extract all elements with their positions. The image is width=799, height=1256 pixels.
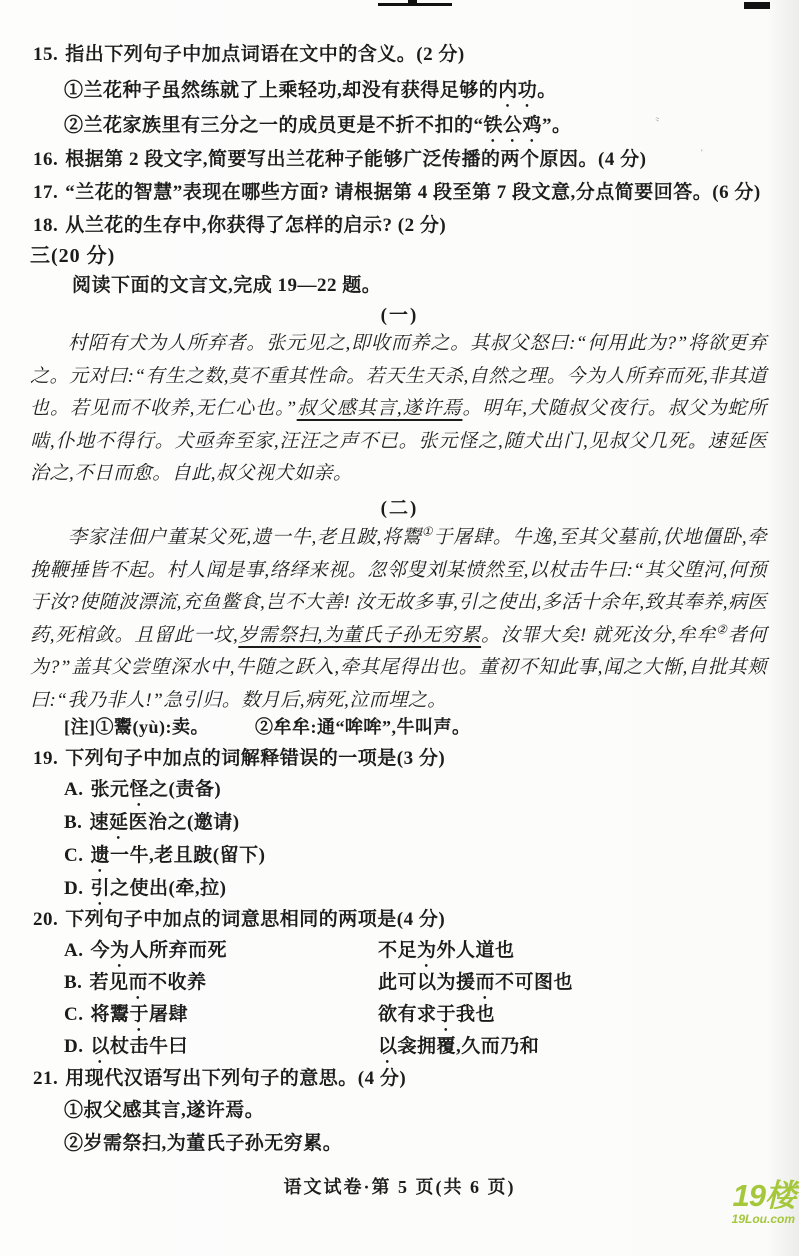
note-item-2: ②牟牟:通“哞哞”,牛叫声。 xyxy=(255,717,471,737)
question-16-number: 16. xyxy=(33,149,58,170)
question-15-stem: 15.指出下列句子中加点词语在文中的含义。(2 分) xyxy=(33,42,759,67)
question-16-stem: 16.根据第 2 段文字,简要写出兰花种子能够广泛传播的两个原因。(4 分) xyxy=(33,147,759,172)
option-b-label: B. xyxy=(64,812,82,833)
question-17-number: 17. xyxy=(33,182,58,203)
question-20-number: 20. xyxy=(33,909,58,930)
option-d-left-text: 以杖击牛曰 xyxy=(90,1036,188,1057)
option-a-label: A. xyxy=(64,940,83,961)
option-a-right-text: 不足为外人道也 xyxy=(378,938,515,972)
option-c-text: 遗一牛,老且跛(留下) xyxy=(90,845,265,866)
page-footer: 语文试卷·第 5 页(共 6 页) xyxy=(0,1173,799,1199)
section-3-intro: 阅读下面的文言文,完成 19—22 题。 xyxy=(72,270,381,297)
question-19-option-a: A.张元怪之(责备) xyxy=(64,777,221,811)
question-17-text: “兰花的智慧”表现在哪些方面? 请根据第 4 段至第 7 段文意,分点简要回答。… xyxy=(65,182,760,203)
option-b-label: B. xyxy=(64,972,82,993)
passage-2-heading: (二) xyxy=(0,493,799,520)
question-15-text: 指出下列句子中加点词语在文中的含义。(2 分) xyxy=(65,44,464,65)
option-d-left: D.以杖击牛曰 xyxy=(64,1034,378,1068)
question-19-option-b: B.速延医治之(邀请) xyxy=(64,810,240,844)
option-a-text: 张元怪之(责备) xyxy=(90,779,221,800)
question-21-text: 用现代汉语写出下列句子的意思。(4 分) xyxy=(65,1068,406,1089)
option-a-left-text: 今为人所弃而死 xyxy=(90,940,227,961)
question-15-number: 15. xyxy=(33,44,58,65)
scan-artifact: ῾ xyxy=(700,148,704,160)
scan-mark-top-center-tick xyxy=(408,0,417,3)
question-18-number: 18. xyxy=(33,215,58,236)
option-d-label: D. xyxy=(64,1036,83,1057)
question-20-option-a: A.今为人所弃而死 不足为外人道也 xyxy=(64,938,515,972)
option-c-left-text: 将鬻于屠肆 xyxy=(90,1004,188,1025)
question-18-text: 从兰花的生存中,你获得了怎样的启示? (2 分) xyxy=(65,215,446,236)
question-21-item-1: ①叔父感其言,遂许焉。 xyxy=(64,1098,759,1123)
question-21-item-2: ②岁需祭扫,为董氏子孙无穷累。 xyxy=(64,1131,759,1156)
watermark-domain: 19Lou.com xyxy=(685,1213,795,1225)
question-19-stem: 19.下列句子中加点的词解释错误的一项是(3 分) xyxy=(33,746,759,771)
passage-1-heading: (一) xyxy=(0,300,799,327)
question-19-number: 19. xyxy=(33,748,58,769)
site-watermark: 19楼 19Lou.com xyxy=(685,1180,795,1225)
option-a-label: A. xyxy=(64,779,83,800)
question-16-text: 根据第 2 段文字,简要写出兰花种子能够广泛传播的两个原因。(4 分) xyxy=(65,149,646,170)
option-b-right-text: 此可以为援而不可图也 xyxy=(378,970,573,1004)
question-20-text: 下列句子中加点的词意思相同的两项是(4 分) xyxy=(65,909,445,930)
option-c-label: C. xyxy=(64,845,83,866)
question-21-number: 21. xyxy=(33,1068,58,1089)
question-15-item-1: ①兰花种子虽然练就了上乘轻功,却没有获得足够的内功。 xyxy=(64,78,759,112)
exam-page-scan: 15.指出下列句子中加点词语在文中的含义。(2 分) ①兰花种子虽然练就了上乘轻… xyxy=(0,0,799,1256)
scan-artifact: 〟 xyxy=(655,108,666,124)
passage-note: [注]①鬻(yù):卖。②牟牟:通“哞哞”,牛叫声。 xyxy=(64,713,470,739)
option-b-text: 速延医治之(邀请) xyxy=(89,812,239,833)
option-d-right-text: 以衾拥覆,久而乃和 xyxy=(378,1034,539,1068)
scan-artifact: ⁿ xyxy=(690,440,693,452)
question-19-option-c: C.遗一牛,老且跛(留下) xyxy=(64,843,265,877)
question-19-text: 下列句子中加点的词解释错误的一项是(3 分) xyxy=(65,748,445,769)
option-b-left-text: 若见而不收养 xyxy=(89,972,206,993)
scan-mark-top-right xyxy=(744,2,770,9)
option-d-label: D. xyxy=(64,878,83,899)
option-d-text: 引之使出(牵,拉) xyxy=(90,878,226,899)
option-b-left: B.若见而不收养 xyxy=(64,970,378,1004)
option-c-right-text: 欲有求于我也 xyxy=(378,1002,495,1036)
section-3-heading: 三(20 分) xyxy=(30,239,115,268)
scan-mark-top-center xyxy=(378,3,452,6)
question-18-stem: 18.从兰花的生存中,你获得了怎样的启示? (2 分) xyxy=(33,213,759,238)
option-c-left: C.将鬻于屠肆 xyxy=(64,1002,378,1036)
passage-1-text: 村陌有犬为人所弃者。张元见之,即收而养之。其叔父怒曰:“何用此为?”将欲更弃之。… xyxy=(30,328,767,491)
question-21-stem: 21.用现代汉语写出下列句子的意思。(4 分) xyxy=(33,1066,759,1091)
note-item-1: [注]①鬻(yù):卖。 xyxy=(64,717,209,737)
question-20-option-b: B.若见而不收养 此可以为援而不可图也 xyxy=(64,970,573,1004)
passage-2-text: 李家洼佃户董某父死,遗一牛,老且跛,将鬻①于屠肆。牛逸,至其父墓前,伏地僵卧,牵… xyxy=(30,522,767,717)
question-20-option-c: C.将鬻于屠肆 欲有求于我也 xyxy=(64,1002,495,1036)
option-a-left: A.今为人所弃而死 xyxy=(64,938,378,972)
question-17-stem: 17.“兰花的智慧”表现在哪些方面? 请根据第 4 段至第 7 段文意,分点简要… xyxy=(33,180,759,205)
option-c-label: C. xyxy=(64,1004,83,1025)
watermark-logo-19lou: 19楼 xyxy=(685,1180,795,1211)
question-20-option-d: D.以杖击牛曰 以衾拥覆,久而乃和 xyxy=(64,1034,539,1068)
question-20-stem: 20.下列句子中加点的词意思相同的两项是(4 分) xyxy=(33,907,759,932)
question-19-option-d: D.引之使出(牵,拉) xyxy=(64,876,226,910)
